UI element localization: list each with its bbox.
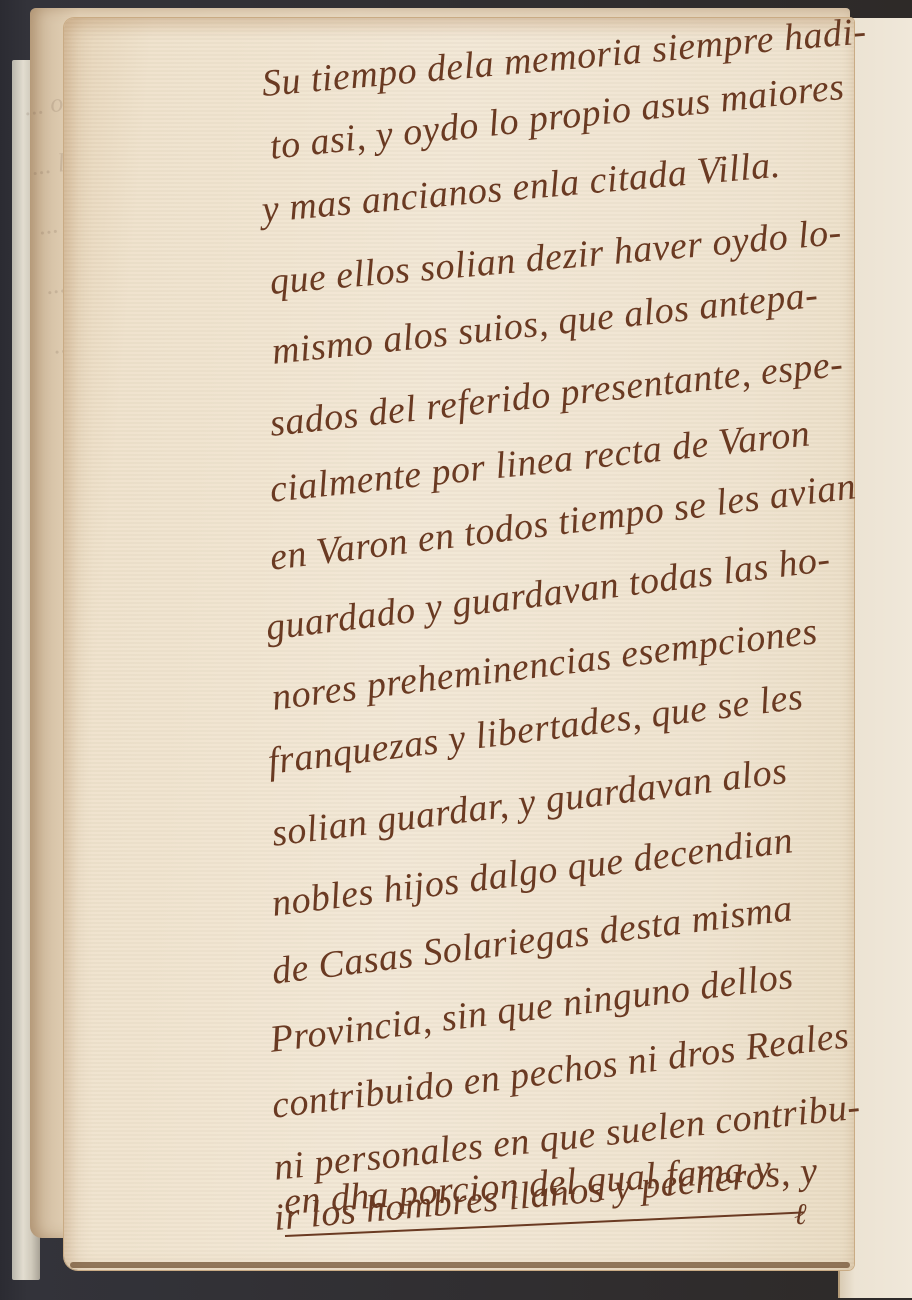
flourish-mark: ℓ — [794, 1198, 807, 1232]
page-bottom-edge — [70, 1262, 850, 1268]
manuscript-photo: ... on ... ... la ... ... fue ... ... qu… — [0, 0, 912, 1300]
